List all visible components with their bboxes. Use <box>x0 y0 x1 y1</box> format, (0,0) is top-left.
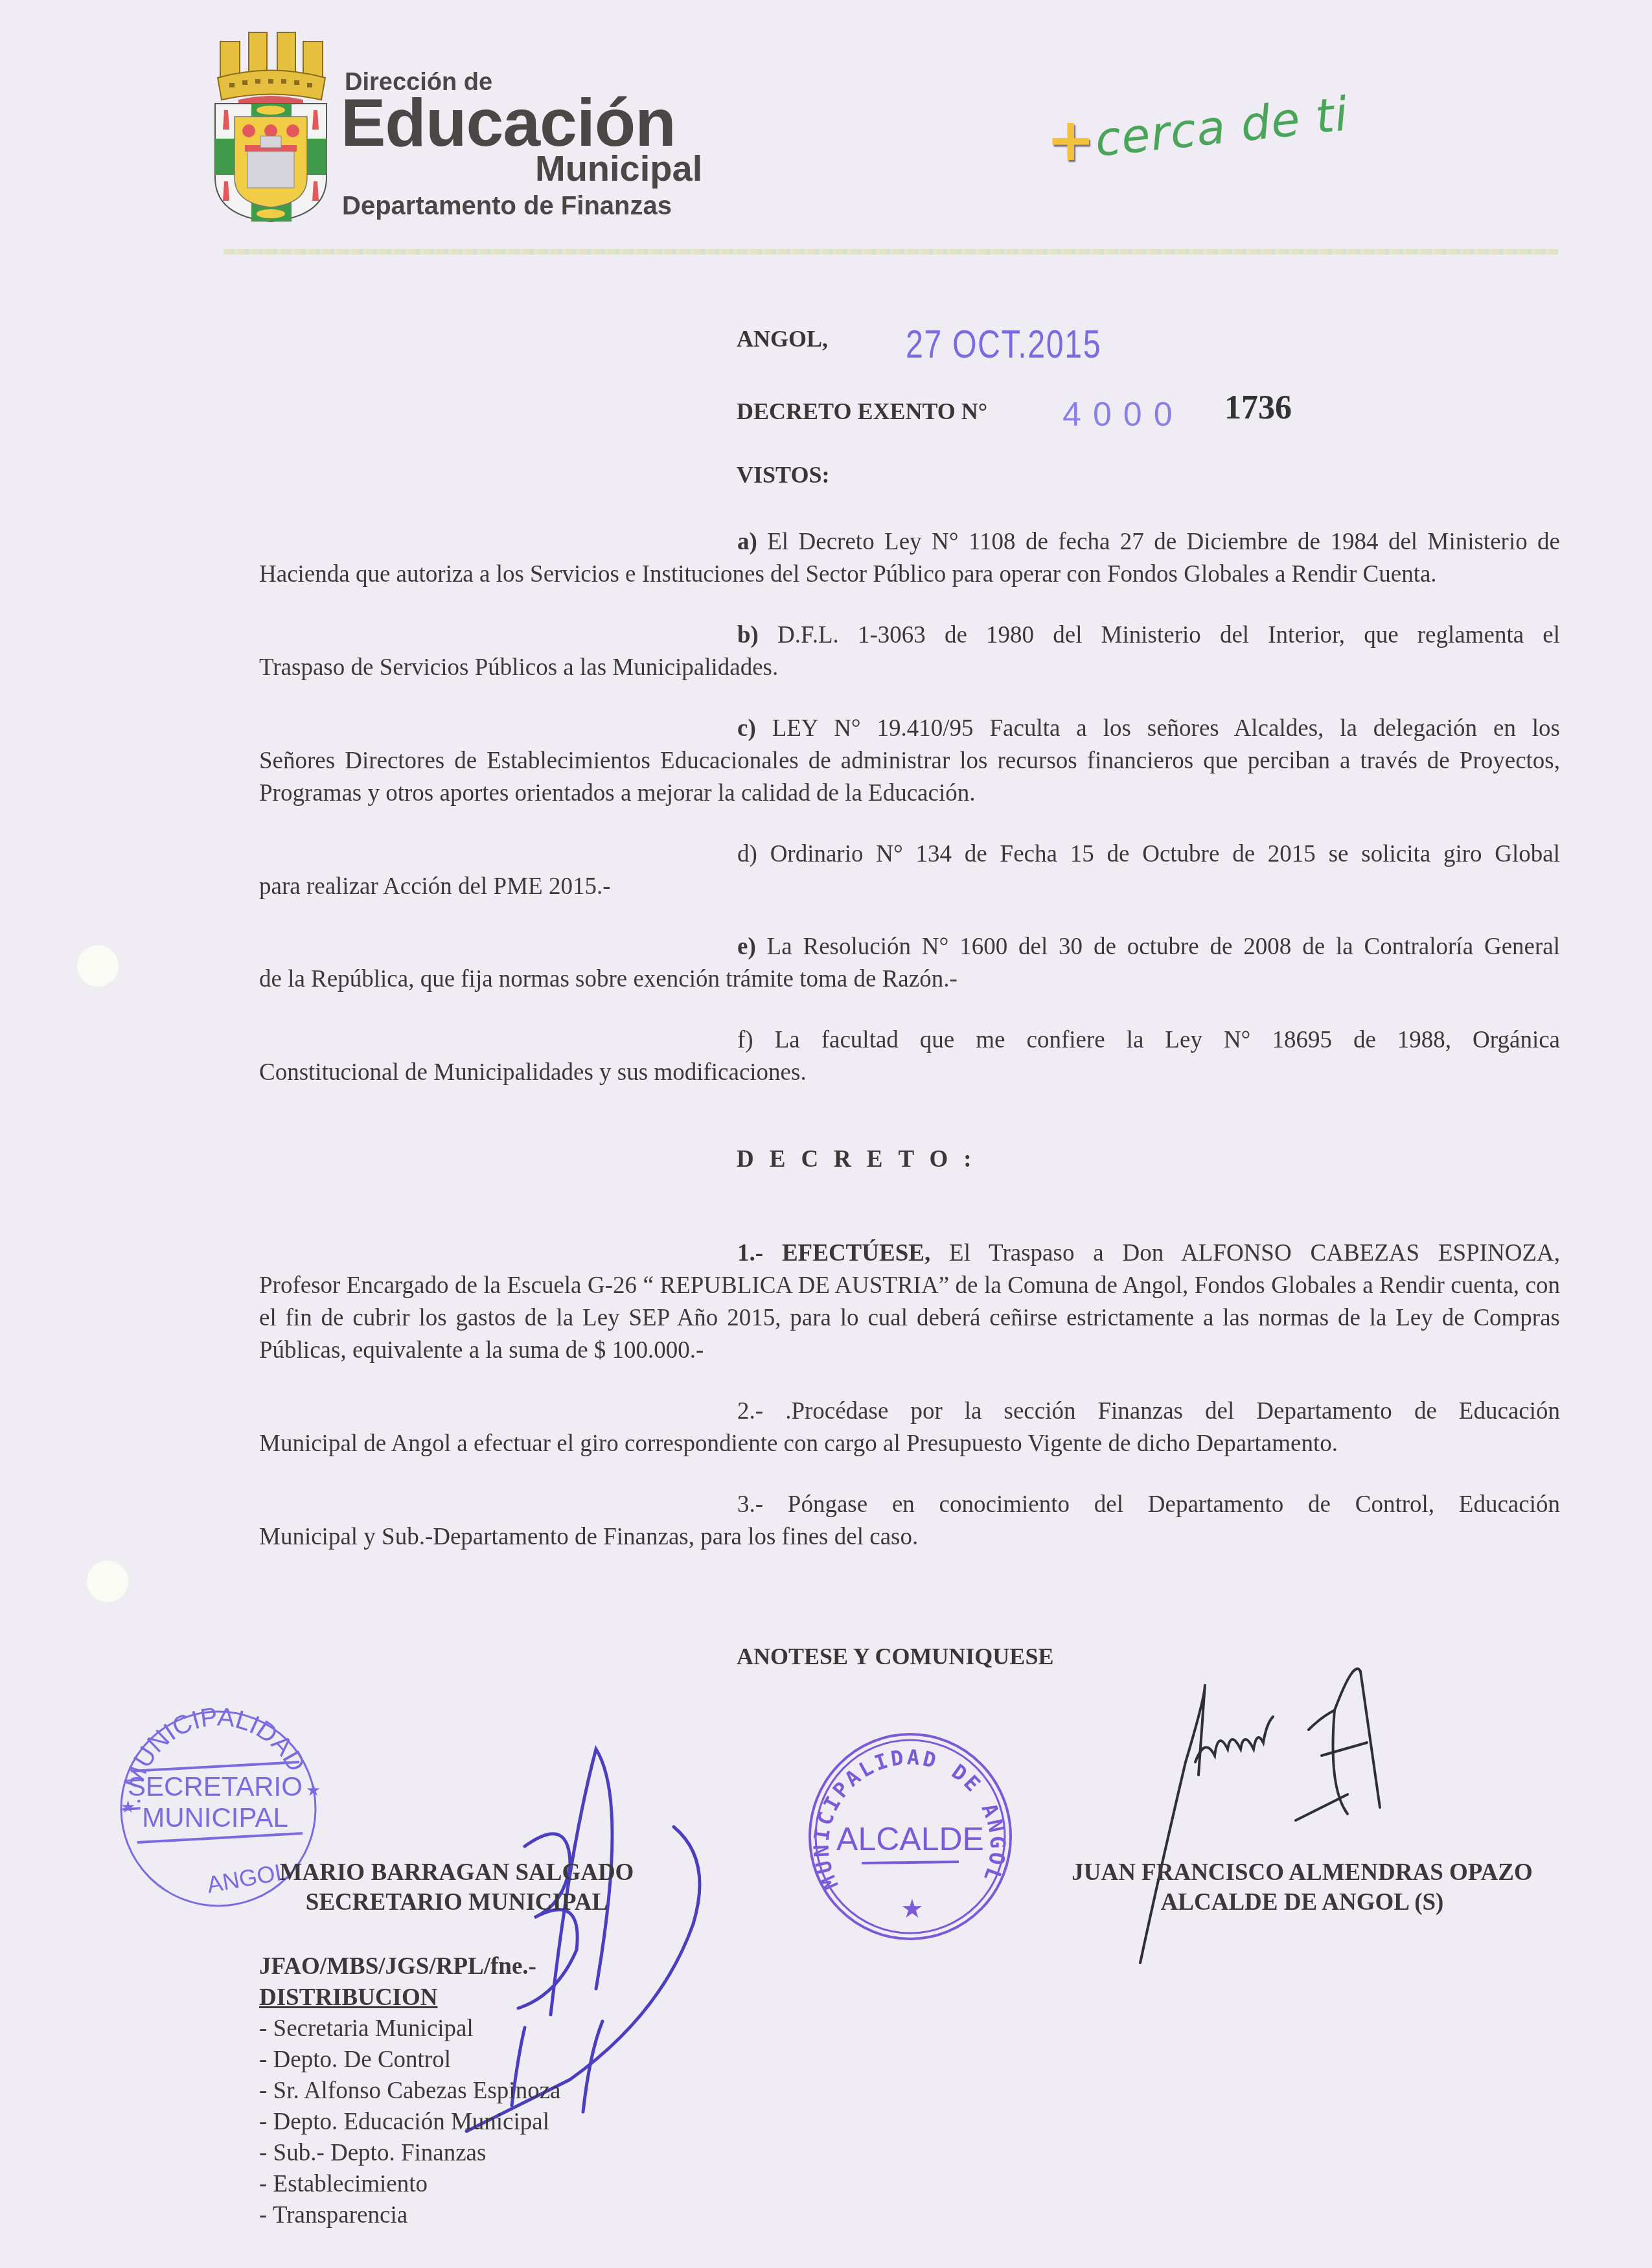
vistos-item: a) El Decreto Ley N° 1108 de fecha 27 de… <box>259 526 1560 591</box>
vistos-item-first-line: La facultad que me confiere la Ley N° 18… <box>775 1027 1560 1053</box>
org-name-line2: Educación <box>341 89 676 157</box>
secretary-stamp-line2: MUNICIPAL <box>142 1802 288 1833</box>
star-icon: ★ <box>306 1781 321 1800</box>
vistos-item: e) La Resolución N° 1600 del 30 de octub… <box>259 931 1560 996</box>
distribution-item: - Secretaria Municipal <box>259 2013 561 2045</box>
secretary-title: SECRETARIO MUNICIPAL <box>259 1888 654 1918</box>
municipal-coat-of-arms-icon <box>206 27 336 225</box>
mayor-title: ALCALDE DE ANGOL (S) <box>1046 1888 1558 1918</box>
vistos-item: c) LEY N° 19.410/95 Faculta a los señore… <box>259 713 1560 810</box>
decree-stamp-number: 4000 <box>1062 395 1184 434</box>
decreto-item-number: 2.- <box>737 1398 763 1425</box>
slogan-text: cerca de ti <box>1092 86 1351 167</box>
vistos-item: b) D.F.L. 1-3063 de 1980 del Ministerio … <box>259 619 1560 684</box>
star-icon: ★ <box>120 1798 135 1816</box>
decreto-item: 2.- .Procédase por la sección Finanzas d… <box>259 1395 1560 1460</box>
secretary-stamp-line1: SECRETARIO <box>128 1771 303 1802</box>
distribution-item: - Establecimiento <box>259 2169 561 2200</box>
decree-typed-number: 1736 <box>1224 389 1292 427</box>
decreto-item-first-line: El Traspaso a Don ALFONSO CABEZAS ESPINO… <box>949 1240 1560 1266</box>
slogan: + cerca de ti <box>1046 110 1279 181</box>
vistos-item-first-line: El Decreto Ley N° 1108 de fecha 27 de Di… <box>767 529 1560 555</box>
distribution-title: DISTRIBUCION <box>259 1982 561 2013</box>
reference-initials: JFAO/MBS/JGS/RPL/fne.- <box>259 1951 561 1982</box>
vistos-item: d) Ordinario N° 134 de Fecha 15 de Octub… <box>259 838 1560 903</box>
distribution-item: - Depto. Educación Municipal <box>259 2107 561 2138</box>
secretary-name: MARIO BARRAGAN SALGADO <box>259 1858 654 1888</box>
decreto-item: 1.- EFECTÚESE, El Traspaso a Don ALFONSO… <box>259 1237 1560 1367</box>
vistos-item-first-line: La Resolución N° 1600 del 30 de octubre … <box>767 934 1560 960</box>
header-divider <box>224 249 1558 255</box>
punch-hole <box>86 1560 129 1603</box>
mayor-name: JUAN FRANCISCO ALMENDRAS OPAZO <box>1046 1858 1558 1888</box>
distribution-item: - Depto. De Control <box>259 2045 561 2076</box>
decreto-item-first-line: .Procédase por la sección Finanzas del D… <box>785 1398 1560 1425</box>
org-department: Departamento de Finanzas <box>342 193 672 219</box>
vistos-item-letter: d) <box>737 841 757 867</box>
decreto-item-continuation: Municipal y Sub.-Departamento de Finanza… <box>259 1521 1560 1553</box>
decreto-item: 3.- Póngase en conocimiento del Departam… <box>259 1489 1560 1553</box>
date-stamp: 27 OCT.2015 <box>906 321 1101 367</box>
place-label: ANGOL, <box>737 325 828 352</box>
vistos-item-continuation: Señores Directores de Establecimientos E… <box>259 745 1560 810</box>
vistos-item-continuation: Traspaso de Servicios Públicos a las Mun… <box>259 652 1560 684</box>
distribution-item: - Sub.- Depto. Finanzas <box>259 2138 561 2169</box>
vistos-item-first-line: Ordinario N° 134 de Fecha 15 de Octubre … <box>770 841 1560 867</box>
vistos-item-letter: e) <box>737 934 756 960</box>
decreto-item-number: 1.- <box>737 1240 763 1266</box>
distribution-item: - Sr. Alfonso Cabezas Espinoza <box>259 2076 561 2107</box>
mayor-stamp: MUNICIPALIDAD DE ANGOL ALCALDE ★ <box>800 1723 1020 1943</box>
vistos-item-first-line: LEY N° 19.410/95 Faculta a los señores A… <box>772 715 1560 742</box>
vistos-item-continuation: de la República, que fija normas sobre e… <box>259 963 1560 996</box>
decreto-item-continuation: Profesor Encargado de la Escuela G-26 “ … <box>259 1270 1560 1367</box>
mayor-stamp-center: ALCALDE <box>836 1821 984 1857</box>
vistos-item-letter: a) <box>737 529 757 555</box>
star-icon: ★ <box>901 1894 924 1923</box>
decreto-item-lead: EFECTÚESE, <box>782 1240 930 1266</box>
distribution-item: - Transparencia <box>259 2200 561 2231</box>
vistos-label: VISTOS: <box>737 461 829 488</box>
mayor-stamp-ring: MUNICIPALIDAD DE ANGOL <box>809 1745 1011 1893</box>
decreto-title: DECRETO: <box>737 1145 987 1173</box>
plus-icon: + <box>1046 106 1095 174</box>
org-name-line3: Municipal <box>535 150 702 187</box>
vistos-item-continuation: Hacienda que autoriza a los Servicios e … <box>259 558 1560 591</box>
distribution-block: JFAO/MBS/JGS/RPL/fne.- DISTRIBUCION - Se… <box>259 1951 561 2231</box>
decreto-item-continuation: Municipal de Angol a efectuar el giro co… <box>259 1428 1560 1460</box>
decreto-item-first-line: Póngase en conocimiento del Departamento… <box>788 1491 1560 1518</box>
vistos-item-letter: c) <box>737 715 756 742</box>
vistos-item-letter: f) <box>737 1027 753 1053</box>
vistos-item-continuation: Constitucional de Municipalidades y sus … <box>259 1057 1560 1089</box>
svg-text:MUNICIPALIDAD DE ANGOL: MUNICIPALIDAD DE ANGOL <box>809 1745 1011 1893</box>
vistos-item-continuation: para realizar Acción del PME 2015.- <box>259 871 1560 903</box>
vistos-item-letter: b) <box>737 622 759 648</box>
punch-hole <box>76 945 119 987</box>
vistos-item: f) La facultad que me confiere la Ley N°… <box>259 1024 1560 1089</box>
decreto-item-number: 3.- <box>737 1491 763 1518</box>
vistos-item-first-line: D.F.L. 1-3063 de 1980 del Ministerio del… <box>777 622 1560 648</box>
closing-formula: ANOTESE Y COMUNIQUESE <box>737 1643 1053 1670</box>
decree-number-label: DECRETO EXENTO N° <box>737 398 987 425</box>
